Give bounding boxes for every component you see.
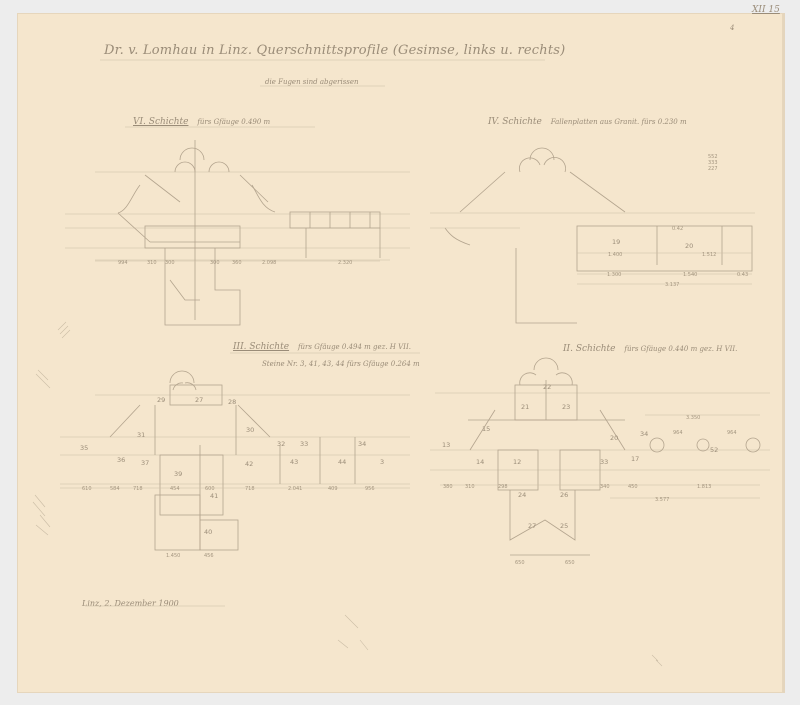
block-iii-32: 32: [277, 440, 285, 448]
dim-vi-5: 2.098: [262, 260, 276, 266]
dim-ii-4: 450: [628, 484, 638, 490]
dim-vi-3: 300: [210, 260, 220, 266]
dim-iii-8: 956: [365, 486, 375, 492]
block-iv-20: 20: [685, 242, 693, 250]
dim-ii-1: 310: [465, 484, 475, 490]
dim-vi-0: 994: [118, 260, 128, 266]
dim-iv-3: 0.42: [672, 226, 683, 232]
dim-ii-top-1: 964: [673, 430, 683, 436]
dim-ii-0: 380: [443, 484, 453, 490]
dim-iii-1: 584: [110, 486, 120, 492]
block-iii-40: 40: [204, 528, 212, 536]
block-iii-44: 44: [338, 458, 346, 466]
dim-ii-6: 3.577: [655, 497, 669, 503]
dim-vi-1: 310: [147, 260, 157, 266]
block-iii-30: 30: [246, 426, 254, 434]
block-ii-12: 12: [513, 458, 521, 466]
dim-iv-4: 1.512: [702, 252, 716, 258]
block-iii-36: 36: [117, 456, 125, 464]
block-ii-17: 17: [631, 455, 639, 463]
profile-ii-drawing: 22 21 23 15 20 13 14 12 33 17 34 52 24 2…: [430, 358, 770, 566]
block-ii-13: 13: [442, 441, 450, 449]
block-iii-27: 27: [195, 396, 203, 404]
block-ii-27: 27: [528, 522, 536, 530]
block-iii-37: 37: [141, 459, 149, 467]
block-ii-34: 34: [640, 430, 648, 438]
dim-iii-5: 718: [245, 486, 255, 492]
dim-iv-0: 1.400: [608, 252, 622, 258]
block-iii-29: 29: [157, 396, 165, 404]
dim-ii-top-2: 964: [727, 430, 737, 436]
dim-iv-2: 1.540: [683, 272, 697, 278]
block-ii-33: 33: [600, 458, 608, 466]
dim-iii-lower-1: 456: [204, 553, 214, 559]
block-ii-26: 26: [560, 491, 568, 499]
dim-ii-lower-1: 650: [565, 560, 575, 566]
dim-iv-1: 1.300: [607, 272, 621, 278]
dim-ii-5: 1.813: [697, 484, 711, 490]
block-ii-14: 14: [476, 458, 484, 466]
block-ii-21: 21: [521, 403, 529, 411]
block-iii-42: 42: [245, 460, 253, 468]
block-iii-35: 35: [80, 444, 88, 452]
block-iii-28: 28: [228, 398, 236, 406]
dim-ii-top-0: 3.350: [686, 415, 700, 421]
block-ii-22: 22: [543, 383, 551, 391]
dim-iii-6: 2.041: [288, 486, 302, 492]
block-ii-15: 15: [482, 425, 490, 433]
dim-iii-7: 409: [328, 486, 338, 492]
block-iii-34: 34: [358, 440, 366, 448]
note-iv-2: 227: [708, 166, 718, 172]
page-mark: 4: [730, 24, 734, 32]
dim-iv-6: 0.43: [737, 272, 748, 278]
dim-ii-3: 340: [600, 484, 610, 490]
dim-iii-2: 718: [133, 486, 143, 492]
block-iv-19: 19: [612, 238, 620, 246]
dim-ii-lower-0: 650: [515, 560, 525, 566]
profile-iii-drawing: 27 29 28 31 30 35 36 37 32 33 34 42 43 4…: [60, 371, 410, 559]
block-ii-25: 25: [560, 522, 568, 530]
block-iii-41: 41: [210, 492, 218, 500]
block-iii-39: 39: [174, 470, 182, 478]
dim-ii-2: 298: [498, 484, 508, 490]
dim-iv-5: 3.137: [665, 282, 679, 288]
profile-vi-drawing: 994 310 300 300 360 2.098 2.320: [65, 140, 410, 325]
drawing-linework: 994 310 300 300 360 2.098 2.320 19 20 1.…: [0, 0, 800, 705]
block-iii-33: 33: [300, 440, 308, 448]
dim-iii-lower-0: 1.450: [166, 553, 180, 559]
dim-vi-4: 360: [232, 260, 242, 266]
block-ii-20: 20: [610, 434, 618, 442]
block-iii-31: 31: [137, 431, 145, 439]
block-iii-43: 43: [290, 458, 298, 466]
profile-iv-drawing: 19 20 1.400 1.300 1.540 0.42 1.512 3.137…: [430, 148, 755, 323]
block-ii-23: 23: [562, 403, 570, 411]
dim-iii-0: 610: [82, 486, 92, 492]
block-iii-3: 3: [380, 458, 384, 466]
block-ii-52: 52: [710, 446, 718, 454]
dim-iii-4: 600: [205, 486, 215, 492]
dim-vi-2: 300: [165, 260, 175, 266]
block-ii-24: 24: [518, 491, 526, 499]
dim-vi-6: 2.320: [338, 260, 352, 266]
dim-iii-3: 454: [170, 486, 180, 492]
